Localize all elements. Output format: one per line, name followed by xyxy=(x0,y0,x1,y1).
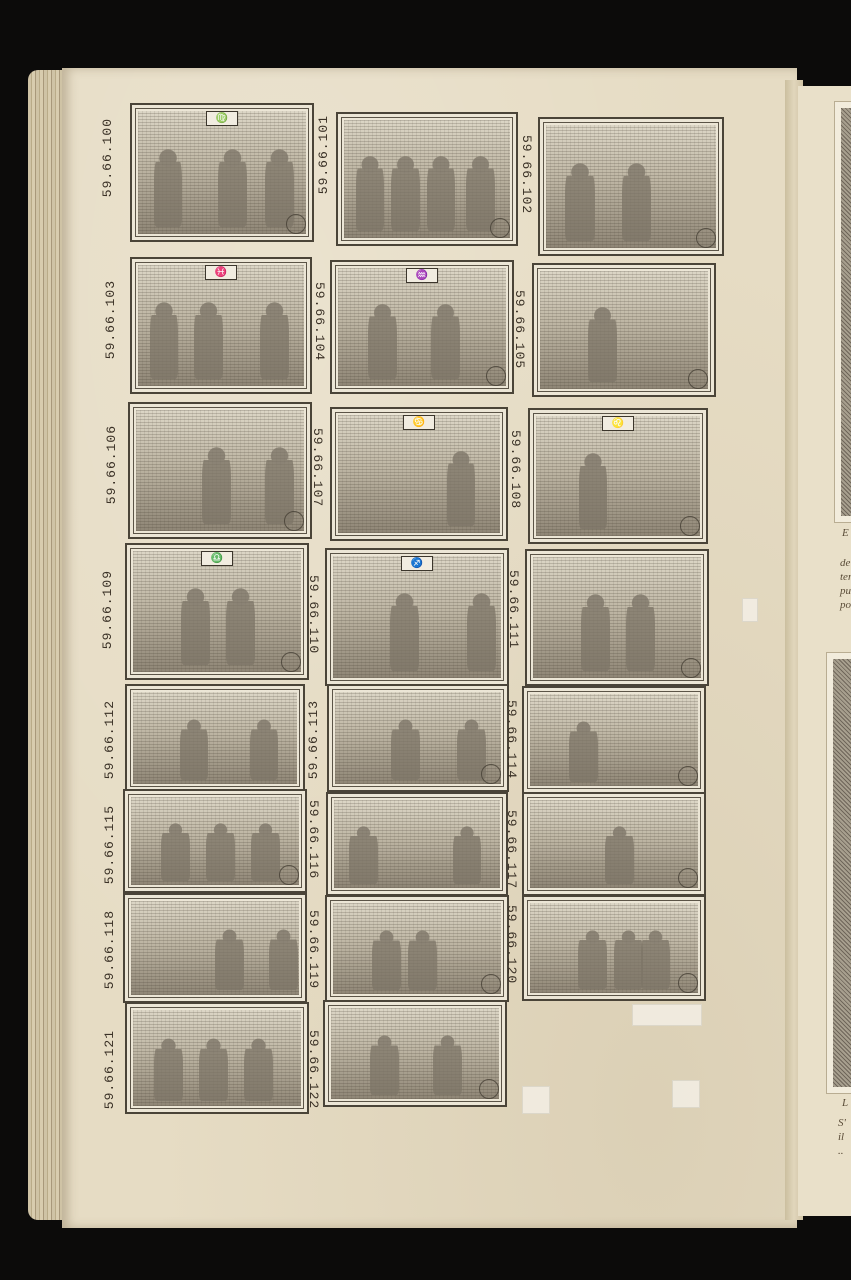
woodcut-print: ♓ xyxy=(130,257,312,394)
collection-stamp xyxy=(486,366,506,386)
woodcut-print xyxy=(532,263,716,397)
collection-stamp xyxy=(688,369,708,389)
catalog-number: 59.66.113 xyxy=(306,700,321,779)
collection-stamp xyxy=(678,973,698,993)
catalog-number: 59.66.104 xyxy=(312,282,327,361)
collection-stamp xyxy=(678,766,698,786)
collection-stamp xyxy=(481,764,501,784)
woodcut-print: ♐ xyxy=(325,548,509,686)
catalog-number: 59.66.110 xyxy=(306,575,321,654)
woodcut-print: ♎ xyxy=(125,543,309,680)
catalog-number: 59.66.105 xyxy=(512,290,527,369)
zodiac-cartouche: ♒ xyxy=(406,268,438,283)
catalog-number: 59.66.101 xyxy=(316,115,331,194)
woodcut-print: ♒ xyxy=(330,260,514,394)
woodcut-print xyxy=(325,895,509,1002)
facing-caption-letter-2: L xyxy=(842,1096,848,1110)
collection-stamp xyxy=(281,652,301,672)
woodcut-print xyxy=(522,686,706,794)
catalog-number: 59.66.102 xyxy=(519,135,534,214)
catalog-number: 59.66.107 xyxy=(310,428,325,507)
catalog-number: 59.66.119 xyxy=(306,910,321,989)
catalog-number: 59.66.112 xyxy=(102,700,117,779)
facing-handwriting-2: S' il .. xyxy=(838,1116,846,1158)
catalog-number: 59.66.121 xyxy=(102,1030,117,1109)
catalog-number: 59.66.115 xyxy=(102,805,117,884)
facing-handwriting: de ten pu po xyxy=(840,556,851,612)
collection-stamp xyxy=(286,214,306,234)
woodcut-print: ♍ xyxy=(130,103,314,242)
catalog-number: 59.66.114 xyxy=(504,700,519,779)
zodiac-cartouche: ♋ xyxy=(403,415,435,430)
woodcut-print: ♋ xyxy=(330,407,508,541)
woodcut-print xyxy=(123,893,307,1003)
collection-stamp xyxy=(279,865,299,885)
catalog-number: 59.66.116 xyxy=(306,800,321,879)
facing-caption-letter: E xyxy=(842,526,849,540)
collection-stamp xyxy=(490,218,510,238)
catalog-number: 59.66.100 xyxy=(100,118,115,197)
catalog-number: 59.66.118 xyxy=(102,910,117,989)
woodcut-print xyxy=(125,684,305,792)
facing-page: E de ten pu po L S' il .. xyxy=(798,86,851,1216)
woodcut-print xyxy=(128,402,312,539)
zodiac-cartouche: ♎ xyxy=(201,551,233,566)
woodcut-print xyxy=(326,792,508,896)
catalog-number: 59.66.122 xyxy=(306,1030,321,1109)
zodiac-cartouche: ♌ xyxy=(602,416,634,431)
collection-stamp xyxy=(284,511,304,531)
collection-stamp xyxy=(481,974,501,994)
collection-stamp xyxy=(678,868,698,888)
collection-stamp xyxy=(696,228,716,248)
woodcut-print xyxy=(327,684,509,792)
catalog-number: 59.66.106 xyxy=(104,425,119,504)
tape-remnant xyxy=(742,598,758,622)
catalog-number: 59.66.109 xyxy=(100,570,115,649)
zodiac-cartouche: ♍ xyxy=(206,111,238,126)
woodcut-print xyxy=(123,789,307,893)
collection-stamp xyxy=(479,1079,499,1099)
tape-remnant xyxy=(632,1004,702,1026)
facing-print-bottom xyxy=(826,652,851,1094)
tape-remnant xyxy=(522,1086,550,1114)
woodcut-print xyxy=(525,549,709,686)
woodcut-print xyxy=(323,1000,507,1107)
catalog-number: 59.66.120 xyxy=(504,905,519,984)
collection-stamp xyxy=(681,658,701,678)
woodcut-print xyxy=(522,792,706,896)
catalog-number: 59.66.117 xyxy=(504,810,519,889)
woodcut-print xyxy=(522,895,706,1001)
woodcut-print xyxy=(125,1002,309,1114)
woodcut-print xyxy=(538,117,724,256)
facing-print-top xyxy=(834,101,851,523)
woodcut-print xyxy=(336,112,518,246)
catalog-number: 59.66.108 xyxy=(508,430,523,509)
catalog-number: 59.66.103 xyxy=(103,280,118,359)
collection-stamp xyxy=(680,516,700,536)
catalog-number: 59.66.111 xyxy=(506,570,521,649)
zodiac-cartouche: ♓ xyxy=(205,265,237,280)
tape-remnant xyxy=(672,1080,700,1108)
zodiac-cartouche: ♐ xyxy=(401,556,433,571)
woodcut-print: ♌ xyxy=(528,408,708,544)
